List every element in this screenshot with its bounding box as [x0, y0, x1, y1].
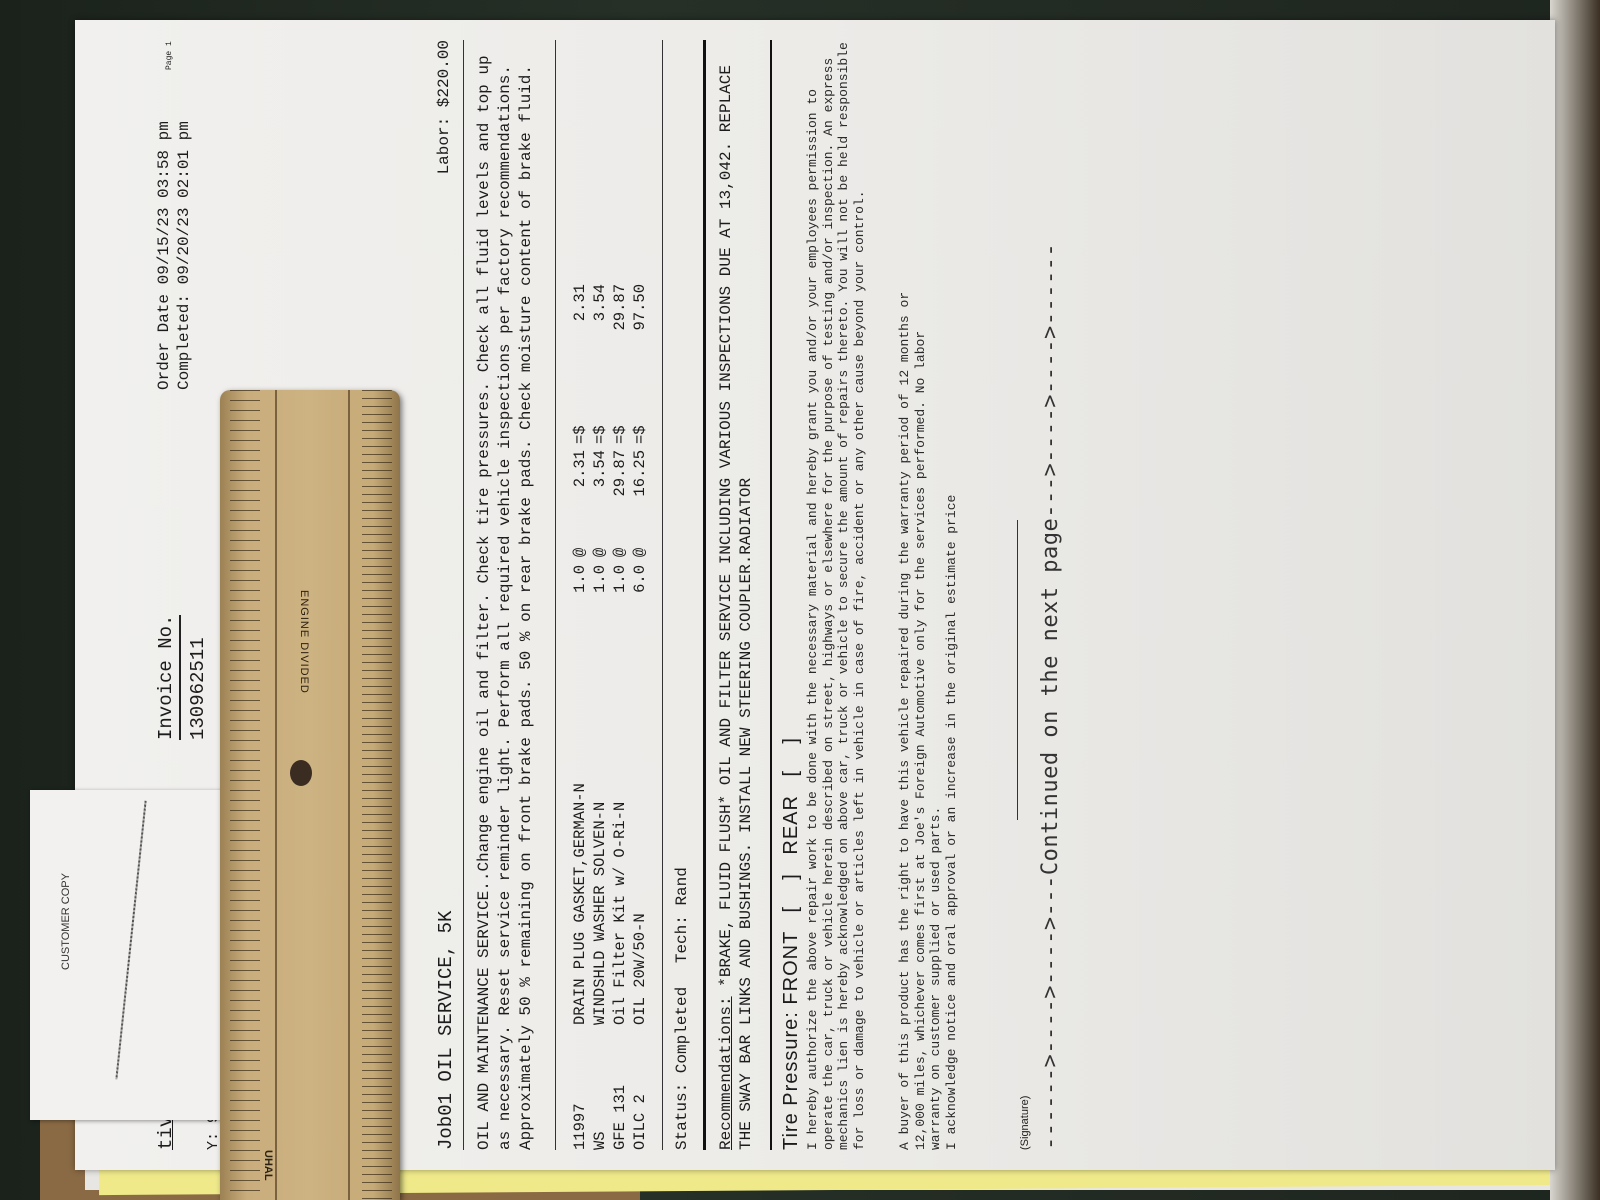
tire-pressure-row: Tire Pressure: FRONT [ ] REAR [ ]	[770, 40, 803, 1150]
right-edge-shadow	[1550, 0, 1600, 1200]
part-total: 29.87	[610, 284, 630, 404]
equals-symbol: =$	[570, 404, 590, 450]
at-symbol: @	[590, 540, 610, 565]
job-status-row: Status: Completed Tech: Rand	[662, 40, 691, 1150]
job-section: Job01 OIL SERVICE, 5K Labor: $220.00 OIL…	[435, 40, 1063, 1150]
customer-copy-receipt: CUSTOMER COPY	[30, 790, 225, 1120]
tire-rear-label: REAR	[780, 795, 802, 855]
tire-front-field: [ ]	[780, 873, 802, 912]
part-row: 11997DRAIN PLUG GASKET,GERMAN-N1.0@2.31=…	[570, 40, 590, 1150]
invoice-number: 130962511	[187, 637, 209, 740]
ruler-ticks-left	[230, 390, 260, 1200]
job-title: Job01 OIL SERVICE, 5K	[435, 911, 457, 1150]
continued-notice: ------>---->---->---Continued on the nex…	[1038, 40, 1063, 1150]
invoice-number-label: Invoice No.	[155, 615, 181, 740]
part-quantity: 1.0	[570, 565, 590, 625]
tire-front-label: FRONT	[780, 931, 802, 1005]
part-code: GFE 131	[610, 1025, 630, 1150]
at-symbol: @	[610, 540, 630, 565]
parts-list: 11997DRAIN PLUG GASKET,GERMAN-N1.0@2.31=…	[555, 40, 650, 1150]
part-row: WSWINDSHLD WASHER SOLVEN-N1.0@3.54=$3.54	[590, 40, 610, 1150]
warranty-line: warranty on customer supplied or used pa…	[928, 40, 944, 1150]
labor-charge: Labor: $220.00	[435, 40, 457, 174]
part-description: DRAIN PLUG GASKET,GERMAN-N	[570, 625, 590, 1025]
part-code: OILC 2	[630, 1025, 650, 1150]
recommendations-text: *BRAKE, FLUID FLUSH* OIL AND FILTER SERV…	[717, 65, 755, 1150]
job-status: Status: Completed	[673, 987, 691, 1150]
order-date: Order Date 09/15/23 03:58 pm	[155, 121, 173, 390]
warranty-text: A buyer of this product has the right to…	[897, 40, 959, 1150]
part-code: 11997	[570, 1025, 590, 1150]
part-description: OIL 20W/50-N	[630, 625, 650, 1025]
job-description: OIL AND MAINTENANCE SERVICE..Change engi…	[474, 40, 537, 1150]
signature-line[interactable]	[1017, 520, 1018, 820]
equals-symbol: =$	[590, 404, 610, 450]
technician: Tech: Rand	[673, 867, 691, 963]
signature-label: (Signature)	[1019, 1096, 1031, 1150]
part-quantity: 1.0	[610, 565, 630, 625]
equals-symbol: =$	[630, 404, 650, 450]
part-total: 2.31	[570, 284, 590, 404]
part-unit-price: 16.25	[630, 450, 650, 540]
completed-date: Completed: 09/20/23 02:01 pm	[175, 121, 193, 390]
part-unit-price: 2.31	[570, 450, 590, 540]
part-code: WS	[590, 1025, 610, 1150]
part-quantity: 1.0	[590, 565, 610, 625]
part-description: WINDSHLD WASHER SOLVEN-N	[590, 625, 610, 1025]
at-symbol: @	[570, 540, 590, 565]
ruler-brand: ENGINE DIVIDED	[298, 590, 310, 694]
recommendations: Recommendations: *BRAKE, FLUID FLUSH* OI…	[703, 40, 756, 1150]
wooden-ruler: ENGINE DIVIDED UHAL	[220, 390, 400, 1200]
recommendations-label: Recommendations:	[717, 996, 735, 1150]
part-row: OILC 2OIL 20W/50-N6.0@16.25=$97.50	[630, 40, 650, 1150]
ruler-groove	[275, 390, 277, 1200]
job-title-row: Job01 OIL SERVICE, 5K Labor: $220.00	[435, 40, 464, 1150]
part-quantity: 6.0	[630, 565, 650, 625]
warranty-line: I acknowledge notice and oral approval o…	[944, 40, 960, 1150]
part-total: 97.50	[630, 284, 650, 404]
tire-pressure-label: Tire Pressure:	[780, 1011, 802, 1150]
part-unit-price: 3.54	[590, 450, 610, 540]
customer-copy-label: CUSTOMER COPY	[60, 873, 72, 970]
ruler-groove	[348, 390, 350, 1200]
part-row: GFE 131Oil Filter Kit w/ O-Ri-N1.0@29.87…	[610, 40, 630, 1150]
at-symbol: @	[630, 540, 650, 565]
page-number: Page 1	[165, 41, 174, 70]
authorization-text: I hereby authorize the above repair work…	[805, 40, 867, 1150]
ruler-brand-2: UHAL	[262, 1150, 274, 1181]
ruler-stain	[290, 760, 312, 786]
ruler-ticks-right	[362, 390, 392, 1200]
part-description: Oil Filter Kit w/ O-Ri-N	[610, 625, 630, 1025]
warranty-line: A buyer of this product has the right to…	[897, 40, 913, 1150]
tear-edge	[115, 801, 146, 1080]
part-unit-price: 29.87	[610, 450, 630, 540]
equals-symbol: =$	[610, 404, 630, 450]
part-total: 3.54	[590, 284, 610, 404]
tire-rear-field: [ ]	[780, 737, 802, 776]
warranty-line: 12,000 miles, whichever comes first at J…	[913, 40, 929, 1150]
signature-area: (Signature)	[1017, 40, 1032, 1150]
